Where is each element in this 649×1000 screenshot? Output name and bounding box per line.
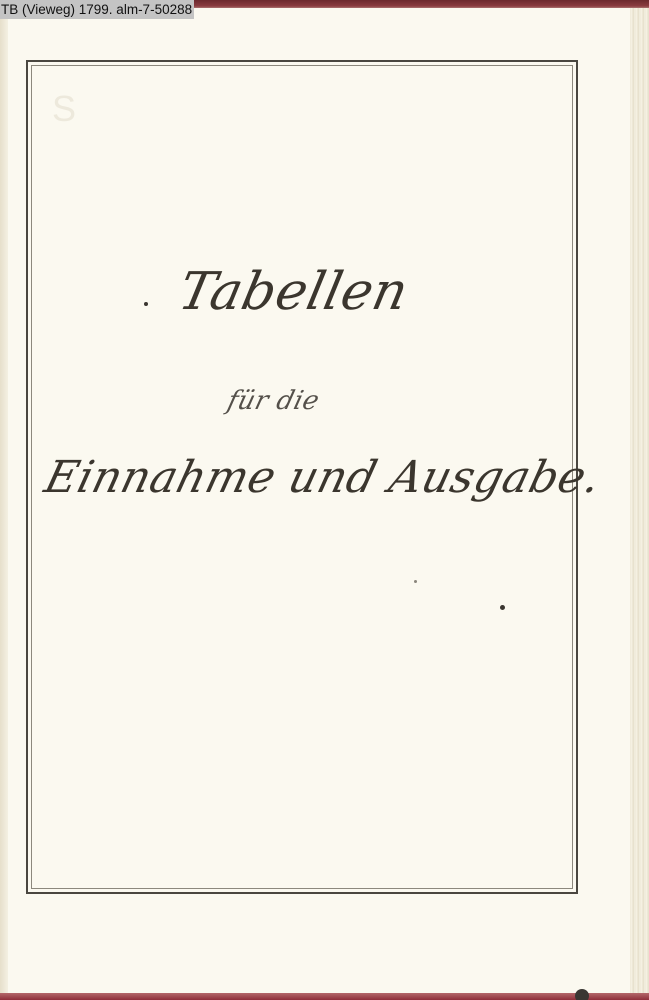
page-gutter [0, 8, 8, 994]
ink-speck [414, 580, 417, 583]
book-cover-bottom-edge [0, 993, 649, 1000]
page-edges [630, 8, 649, 994]
ink-speck [144, 302, 148, 306]
ink-speck [500, 605, 505, 610]
page-title-line: Einnahme und Ausgabe. [40, 452, 607, 503]
page-subtitle: für die [224, 386, 322, 416]
image-caption-label: TB (Vieweg) 1799. alm-7-50288 [0, 0, 194, 19]
page-title: Tabellen [174, 262, 414, 322]
ink-speck [575, 989, 589, 1000]
